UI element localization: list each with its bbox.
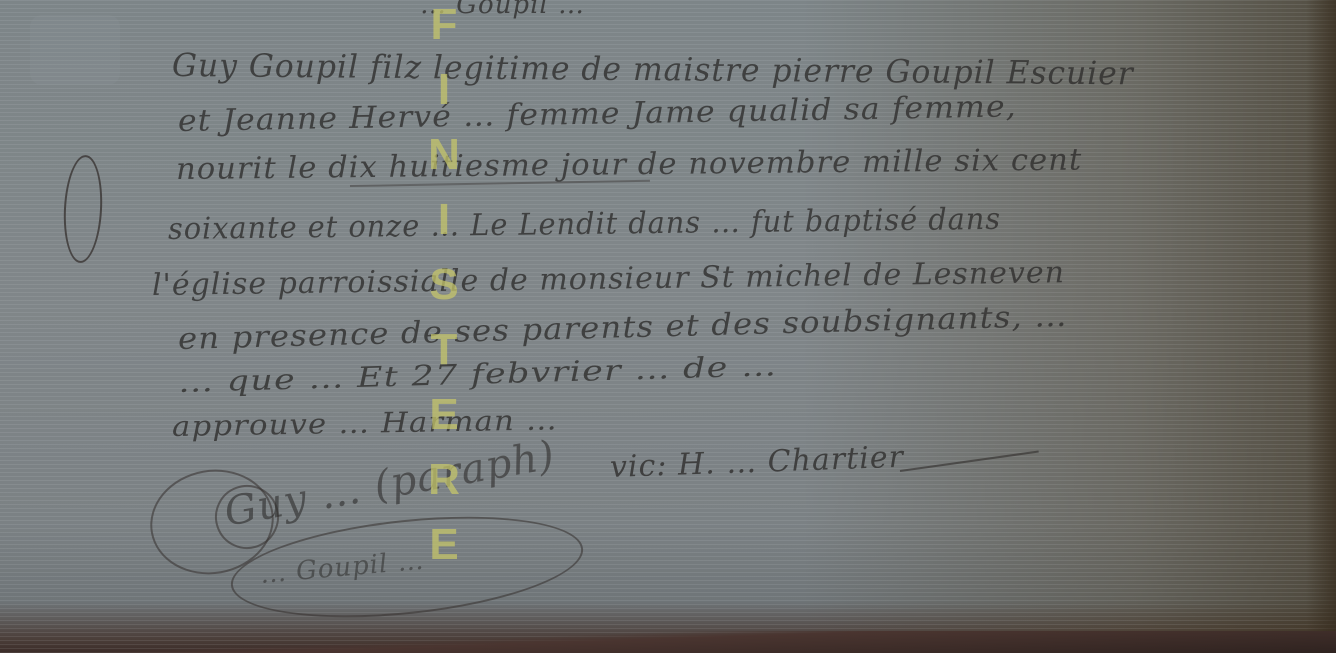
page-bottom-edge xyxy=(0,631,1336,653)
watermark-letter: I xyxy=(438,57,450,122)
text-line-8: approuve … Harman … xyxy=(172,403,558,443)
watermark-letter: S xyxy=(429,252,458,317)
margin-stain xyxy=(30,15,120,85)
text-line-7: … que … Et 27 febvrier … de … xyxy=(178,349,778,399)
text-line-2: et Jeanne Hervé … femme Jame qualid sa f… xyxy=(178,89,1017,139)
margin-zero-mark xyxy=(61,154,105,264)
text-line-5: l'église parroissialle de monsieur St mi… xyxy=(152,255,1065,303)
document-photo: … Goupil … Guy Goupil filz legitime de m… xyxy=(0,0,1336,653)
watermark-letter: N xyxy=(428,122,460,187)
finistere-watermark: F I N I S T E R E xyxy=(424,0,464,577)
watermark-letter: E xyxy=(429,382,458,447)
text-line-4: soixante et onze … Le Lendit dans … fut … xyxy=(168,202,1001,247)
page-binding-shadow xyxy=(1306,0,1336,653)
text-line-6: en presence de ses parents et des soubsi… xyxy=(178,299,1069,357)
watermark-letter: T xyxy=(431,317,458,382)
watermark-letter: I xyxy=(438,187,450,252)
text-line-1: Guy Goupil filz legitime de maistre pier… xyxy=(172,46,1134,92)
watermark-letter: F xyxy=(431,0,458,57)
watermark-letter: E xyxy=(429,512,458,577)
text-line-9: vic: H. … Chartier xyxy=(609,440,904,485)
signature-flourish xyxy=(900,451,1039,472)
watermark-letter: R xyxy=(428,447,460,512)
